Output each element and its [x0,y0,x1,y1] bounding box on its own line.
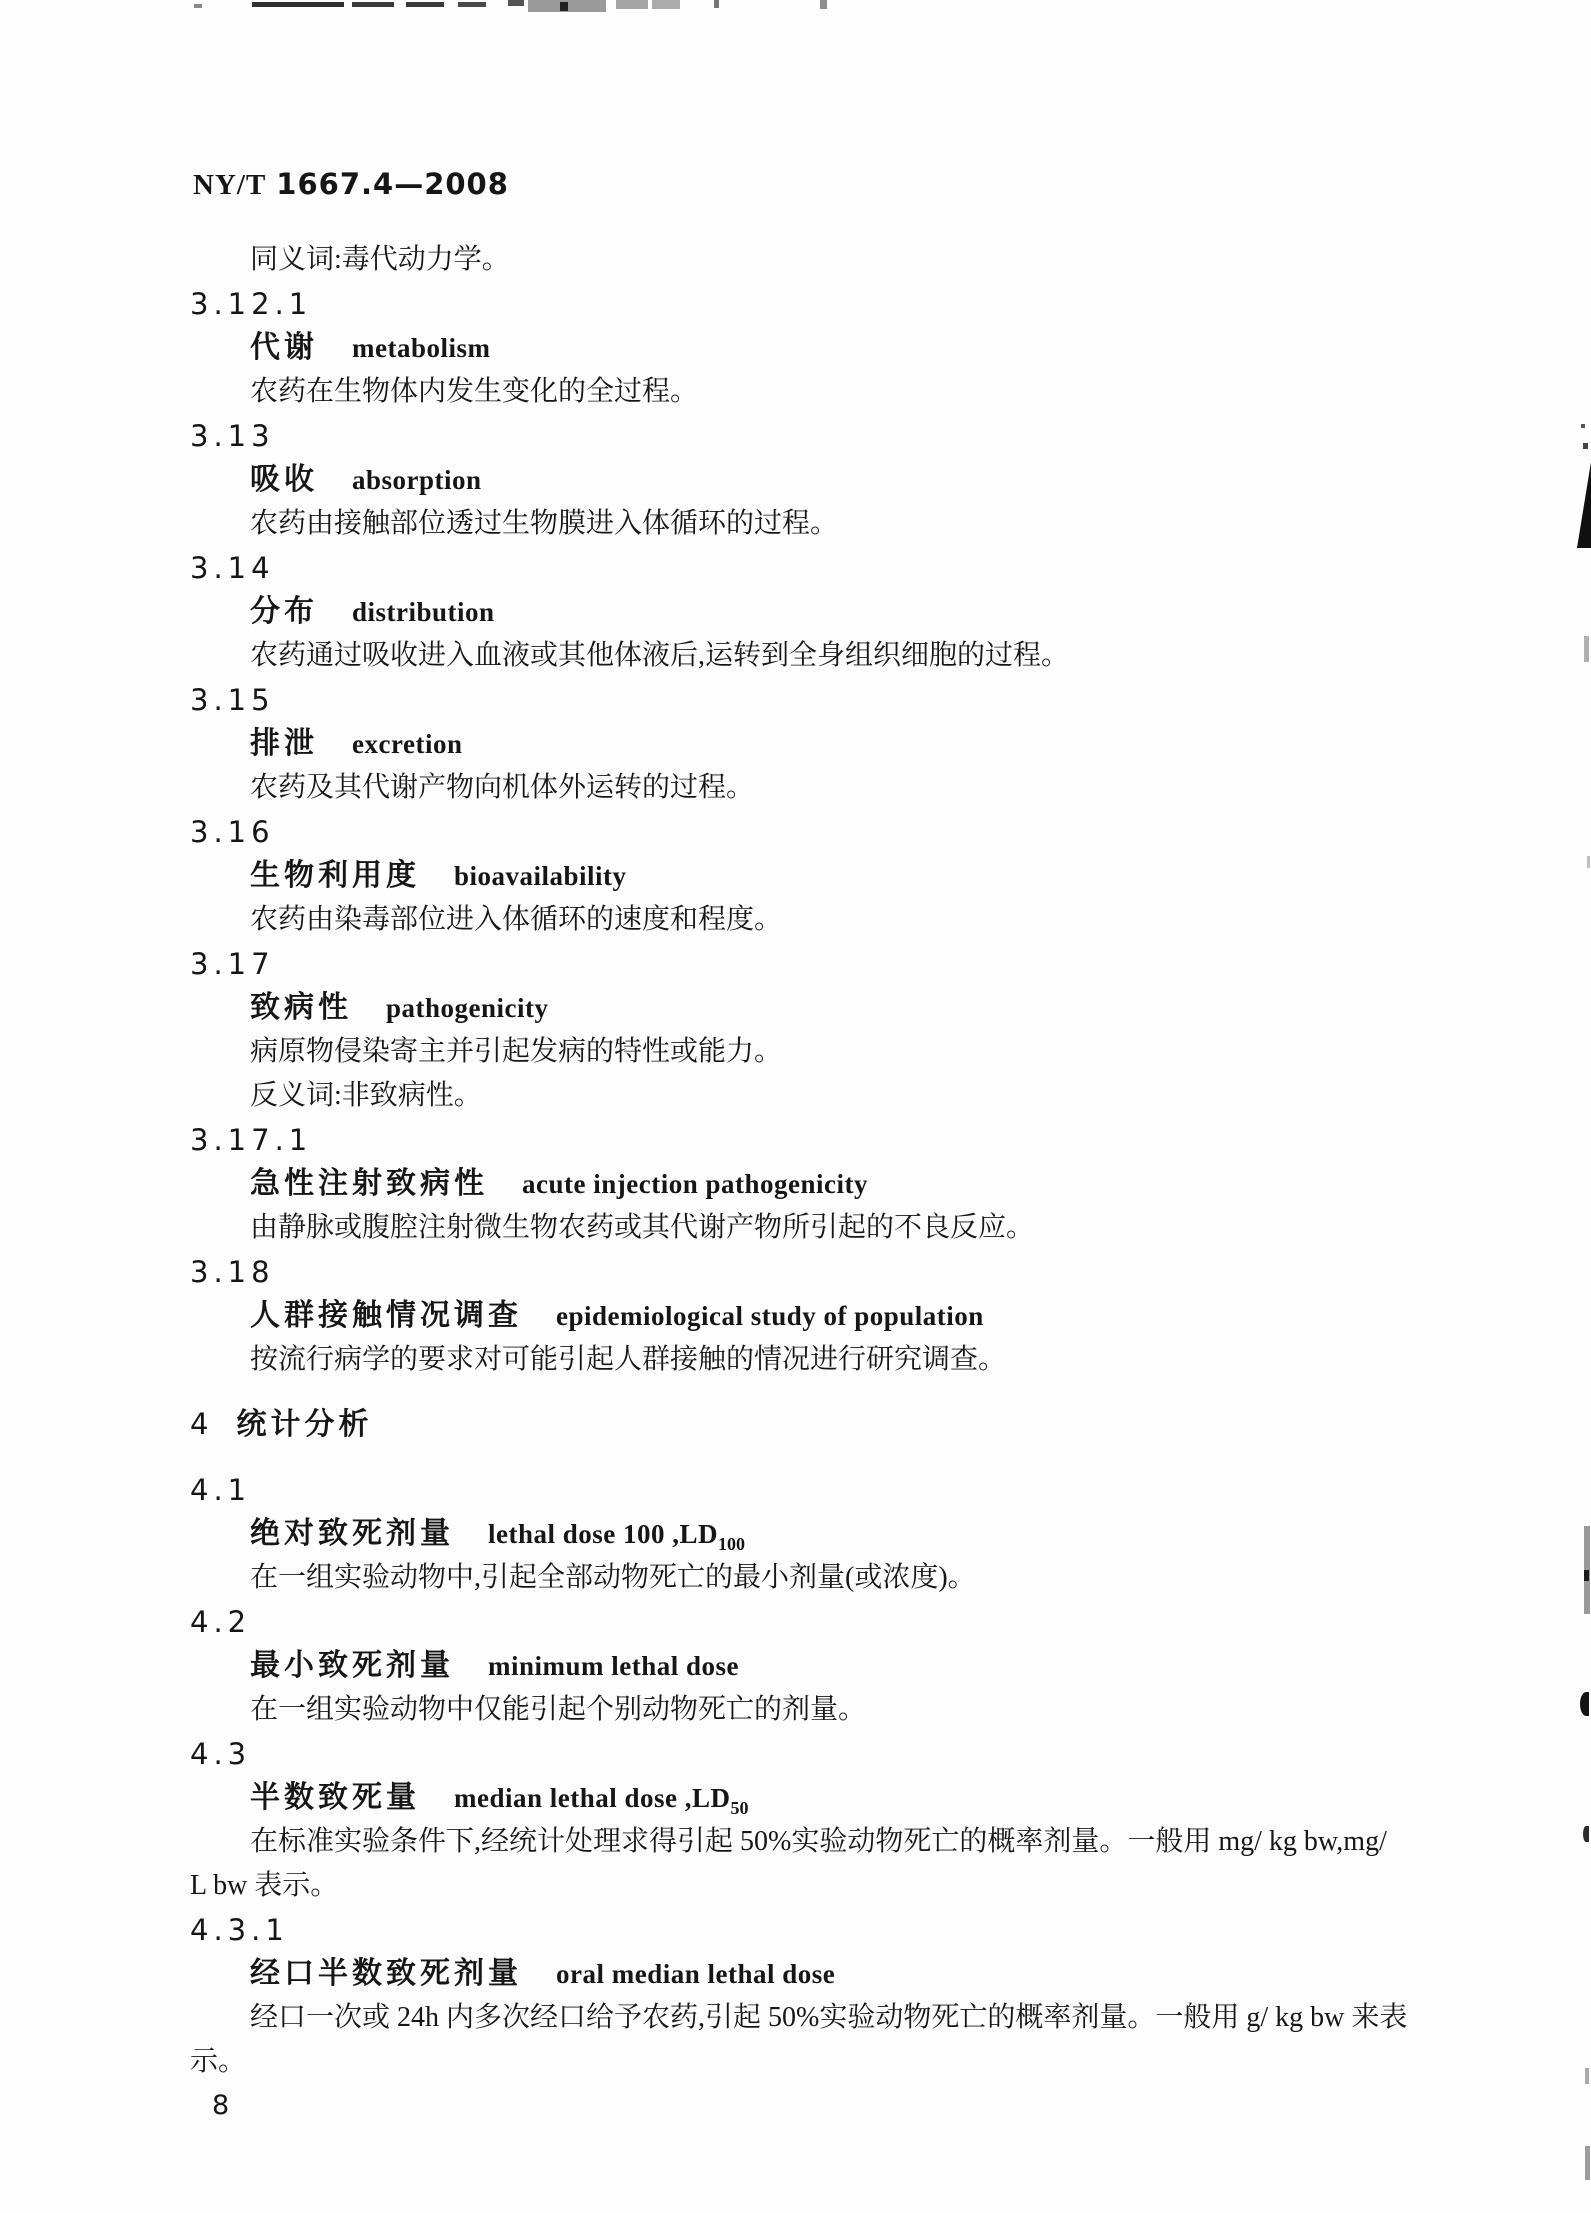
line-plain: 农药通过吸收进入血液或其他体液后,运转到全身组织细胞的过程。 [0,634,1591,678]
term-chinese: 人群接触情况调查 [250,1299,522,1332]
heading-number: 4 [190,1407,208,1441]
term-english: metabolism [352,333,490,363]
scan-artifact [406,2,444,7]
term-english: epidemiological study of population [556,1301,984,1331]
line-secnum: 4.1 [0,1468,1591,1512]
scan-artifact [820,0,827,9]
term-chinese: 代谢 [250,331,318,364]
line-plain: 由静脉或腹腔注射微生物农药或其代谢产物所引起的不良反应。 [0,1206,1591,1250]
line-term: 经口半数致死剂量oral median lethal dose [0,1952,1591,1996]
scan-artifact [1585,2068,1589,2084]
line-plain: 农药及其代谢产物向机体外运转的过程。 [0,766,1591,810]
line-plain: 农药在生物体内发生变化的全过程。 [0,370,1591,414]
line-term: 人群接触情况调查epidemiological study of populat… [0,1294,1591,1338]
scan-artifact [714,0,719,8]
scan-artifact [1580,1692,1589,1716]
line-secnum: 3.14 [0,546,1591,590]
line-heading: 4统计分析 [0,1402,1591,1446]
line-term: 致病性pathogenicity [0,986,1591,1030]
line-plain: 示。 [0,2040,1591,2084]
scan-artifact [616,0,648,9]
standard-number: 1667.4—2008 [276,167,509,201]
scan-artifact [1584,636,1589,662]
term-chinese: 急性注射致病性 [250,1167,488,1200]
line-secnum: 4.3.1 [0,1908,1591,1952]
scan-artifact [652,0,680,9]
term-chinese: 分布 [250,595,318,628]
scan-artifact [1581,424,1585,428]
scan-artifact [1585,2146,1590,2180]
page-number: 8 [0,2084,1591,2128]
line-secnum: 3.18 [0,1250,1591,1294]
term-english: bioavailability [454,861,627,891]
scan-artifact [560,2,568,11]
line-plain: 在标准实验条件下,经统计处理求得引起 50%实验动物死亡的概率剂量。一般用 mg… [0,1820,1591,1864]
term-chinese: 排泄 [250,727,318,760]
line-plain: L bw 表示。 [0,1864,1591,1908]
heading-title: 统计分析 [236,1408,372,1441]
line-secnum: 3.17.1 [0,1118,1591,1162]
term-subscript: 100 [718,1534,745,1554]
line-plain: 反义词:非致病性。 [0,1074,1591,1118]
line-term: 排泄excretion [0,722,1591,766]
term-subscript: 50 [731,1798,749,1818]
line-secnum: 3.13 [0,414,1591,458]
line-plain: 在一组实验动物中仅能引起个别动物死亡的剂量。 [0,1688,1591,1732]
line-secnum: 3.12.1 [0,282,1591,326]
scan-artifact [1583,1826,1589,1842]
line-plain: 农药由染毒部位进入体循环的速度和程度。 [0,898,1591,942]
term-english: absorption [352,465,482,495]
term-chinese: 经口半数致死剂量 [250,1957,522,1990]
term-english: distribution [352,597,495,627]
line-secnum: 4.3 [0,1732,1591,1776]
line-secnum: 3.17 [0,942,1591,986]
scan-artifact [1584,1570,1589,1581]
scan-artifact [352,2,394,7]
term-english: oral median lethal dose [556,1959,835,1989]
line-secnum: 3.16 [0,810,1591,854]
standard-code: NY/T [193,169,266,201]
term-english: pathogenicity [386,993,549,1023]
scan-artifact [458,2,486,7]
term-chinese: 致病性 [250,991,352,1024]
scan-artifact [194,4,202,8]
term-english: median lethal dose ,LD [454,1783,731,1813]
document-lines: 同义词:毒代动力学。3.12.1代谢metabolism农药在生物体内发生变化的… [0,238,1591,2084]
line-term: 绝对致死剂量lethal dose 100 ,LD100 [0,1512,1591,1556]
line-term: 急性注射致病性acute injection pathogenicity [0,1162,1591,1206]
scan-artifact [252,2,344,7]
scan-artifact [508,0,524,6]
line-term: 分布distribution [0,590,1591,634]
line-plain: 病原物侵染寄主并引起发病的特性或能力。 [0,1030,1591,1074]
line-term: 半数致死量median lethal dose ,LD50 [0,1776,1591,1820]
scanned-document-page: NY/T1667.4—2008 同义词:毒代动力学。3.12.1代谢metabo… [0,0,1591,2213]
line-plain: 按流行病学的要求对可能引起人群接触的情况进行研究调查。 [0,1338,1591,1382]
term-chinese: 绝对致死剂量 [250,1517,454,1550]
line-secnum: 4.2 [0,1600,1591,1644]
line-term: 最小致死剂量minimum lethal dose [0,1644,1591,1688]
term-chinese: 吸收 [250,463,318,496]
line-plain: 农药由接触部位透过生物膜进入体循环的过程。 [0,502,1591,546]
scan-artifact-ink-blob [1577,462,1591,548]
scan-artifact [1587,856,1590,868]
term-chinese: 半数致死量 [250,1781,420,1814]
line-secnum: 3.15 [0,678,1591,722]
term-english: acute injection pathogenicity [522,1169,868,1199]
line-plain: 在一组实验动物中,引起全部动物死亡的最小剂量(或浓度)。 [0,1556,1591,1600]
line-term: 生物利用度bioavailability [0,854,1591,898]
term-chinese: 最小致死剂量 [250,1649,454,1682]
term-english: excretion [352,729,462,759]
line-plain: 同义词:毒代动力学。 [0,238,1591,282]
term-english: lethal dose 100 ,LD [488,1519,718,1549]
term-english: minimum lethal dose [488,1651,739,1681]
line-term: 代谢metabolism [0,326,1591,370]
scan-artifact [1583,443,1588,449]
line-term: 吸收absorption [0,458,1591,502]
term-chinese: 生物利用度 [250,859,420,892]
standard-designation: NY/T1667.4—2008 [0,162,1591,206]
line-plain: 经口一次或 24h 内多次经口给予农药,引起 50%实验动物死亡的概率剂量。一般… [0,1996,1591,2040]
